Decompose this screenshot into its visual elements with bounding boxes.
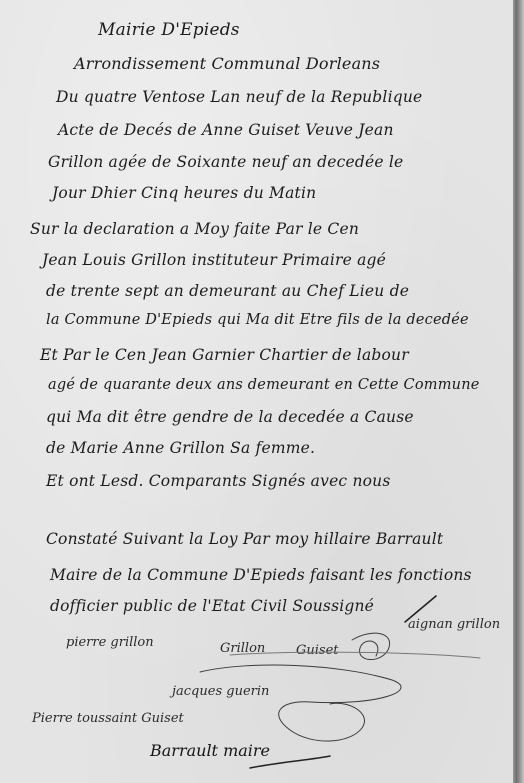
body-line-3: Grillon agée de Soixante neuf an decedée… xyxy=(48,155,403,171)
body-line-13: Et ont Lesd. Comparants Signés avec nous xyxy=(46,474,391,490)
body-line-7: de trente sept an demeurant au Chef Lieu… xyxy=(46,284,409,300)
header-arrondissement: Arrondissement Communal Dorleans xyxy=(74,56,380,72)
signature-guiset: Guiset xyxy=(296,644,339,657)
body-line-10: agé de quarante deux ans demeurant en Ce… xyxy=(48,378,480,393)
body-line-6: Jean Louis Grillon instituteur Primaire … xyxy=(42,253,386,269)
body-line-9: Et Par le Cen Jean Garnier Chartier de l… xyxy=(40,348,409,364)
body-line-2: Acte de Decés de Anne Guiset Veuve Jean xyxy=(58,123,394,139)
body-line-4: Jour Dhier Cinq heures du Matin xyxy=(52,186,316,202)
body-line-8: la Commune D'Epieds qui Ma dit Etre fils… xyxy=(46,313,469,328)
attestation-line-3: dofficier public de l'Etat Civil Soussig… xyxy=(50,599,374,615)
header-mairie: Mairie D'Epieds xyxy=(98,22,240,39)
attestation-line-2: Maire de la Commune D'Epieds faisant les… xyxy=(50,568,472,584)
body-line-11: qui Ma dit être gendre de la decedée a C… xyxy=(46,410,414,426)
body-line-5: Sur la declaration a Moy faite Par le Ce… xyxy=(30,222,359,238)
body-line-12: de Marie Anne Grillon Sa femme. xyxy=(46,441,315,457)
signature-pierre-grillon: pierre grillon xyxy=(66,636,154,649)
page-binding-edge xyxy=(513,0,524,783)
attestation-line-1: Constaté Suivant la Loy Par moy hillaire… xyxy=(46,532,443,548)
signature-pierre-toussaint-guiset: Pierre toussaint Guiset xyxy=(32,712,184,725)
body-line-1: Du quatre Ventose Lan neuf de la Republi… xyxy=(56,90,422,106)
signature-grillon: Grillon xyxy=(220,642,265,655)
signature-barrault-maire: Barrault maire xyxy=(150,743,270,759)
signature-aignan-grillon: aignan grillon xyxy=(408,618,500,631)
document-page: Mairie D'Epieds Arrondissement Communal … xyxy=(0,0,513,783)
signature-jacques-guerin: jacques guerin xyxy=(172,685,269,698)
